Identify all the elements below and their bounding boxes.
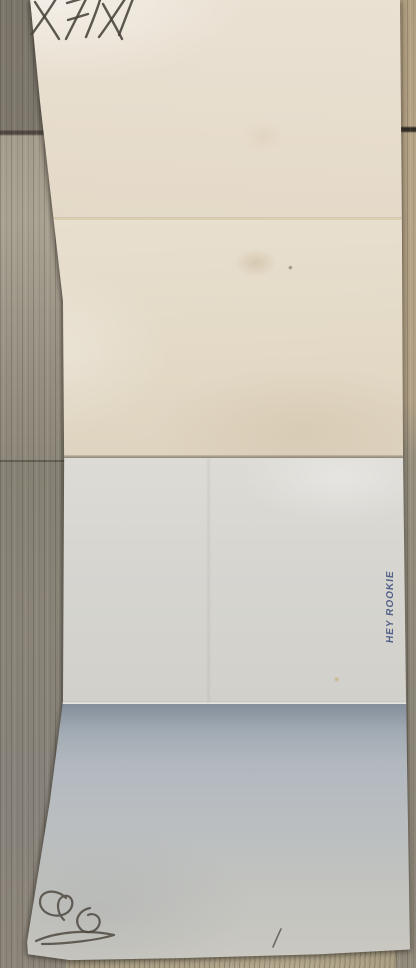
handwritten-number <box>30 0 140 48</box>
paper-sheet <box>24 0 410 962</box>
photo-of-folded-poster: HEY ROOKIE <box>0 0 416 968</box>
bottom-scribble <box>28 886 120 954</box>
paper-panel-3 <box>24 458 410 704</box>
paper-panel-2 <box>24 220 410 458</box>
hey-rookie-note: HEY ROOKIE <box>385 564 401 650</box>
folded-poster-back <box>24 0 410 962</box>
stray-pen-tick <box>270 928 284 950</box>
